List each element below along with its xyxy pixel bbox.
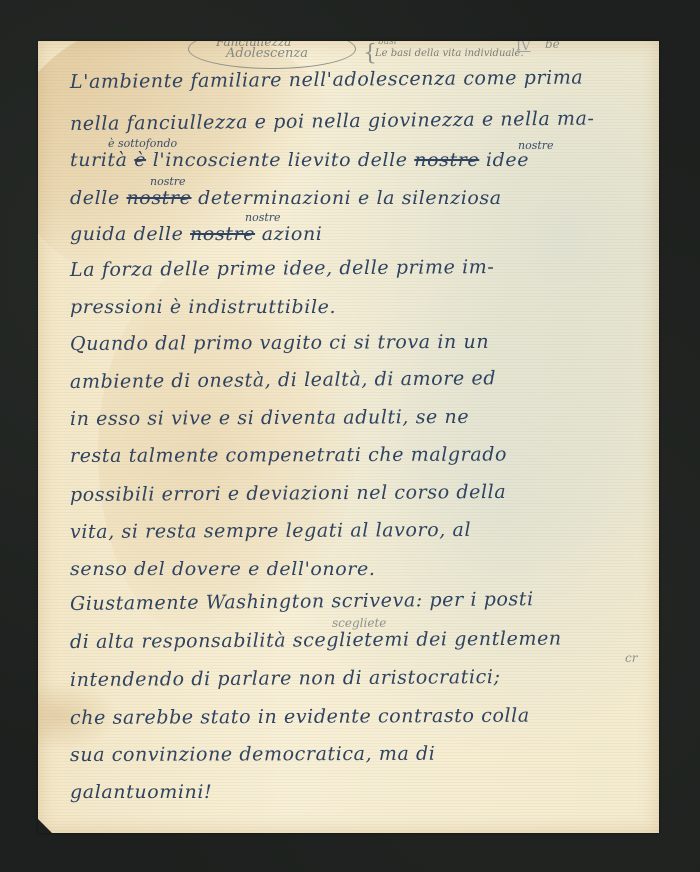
inserted-word: nostre bbox=[245, 211, 281, 224]
text-fragment: dei gentlemen bbox=[410, 628, 562, 651]
text-line: turità è l'incosciente lievito delle nos… bbox=[70, 149, 529, 171]
text-fragment: turità bbox=[70, 149, 134, 171]
text-line: che sarebbe stato in evidente contrasto … bbox=[70, 705, 530, 729]
text-line: in esso si vive e si diventa adulti, se … bbox=[70, 406, 469, 430]
text-line: intendendo di parlare non di aristocrati… bbox=[70, 666, 501, 691]
manuscript-page: Fanciullezza Adolescenza { basi Le basi … bbox=[38, 41, 659, 833]
text-line: galantuomini! bbox=[70, 781, 212, 803]
text-line: ambiente di onestà, di lealtà, di amore … bbox=[70, 367, 496, 393]
text-line: nella fanciullezza e poi nella giovinezz… bbox=[70, 108, 595, 135]
inserted-word: è sottofondo bbox=[108, 137, 177, 150]
text-line: L'ambiente familiare nell'adolescenza co… bbox=[70, 67, 584, 93]
text-line: sua convinzione democratica, ma di bbox=[70, 743, 436, 766]
corrected-word: sceglietemi bbox=[293, 629, 410, 652]
insert-basi: basi bbox=[378, 41, 397, 47]
text-fragment: determinazioni e la silenziosa bbox=[191, 187, 501, 209]
text-line: pressioni è indistruttibile. bbox=[70, 296, 336, 318]
section-subtitle: Le basi della vita individuale. bbox=[375, 48, 524, 59]
inserted-word: nostre bbox=[518, 139, 554, 152]
oval-label-bottom: Adolescenza bbox=[226, 46, 308, 61]
pencil-insert: cr bbox=[625, 651, 637, 665]
roman-numeral: IV bbox=[516, 41, 531, 54]
text-line: guida delle nostre azioni bbox=[70, 223, 322, 245]
text-line: senso del dovere e dell'onore. bbox=[70, 558, 375, 580]
text-fragment: idee bbox=[479, 149, 529, 171]
text-line: Giustamente Washington scriveva: per i p… bbox=[70, 588, 534, 615]
text-line: di alta responsabilità sceglietemi dei g… bbox=[70, 628, 562, 653]
text-line: delle nostre determinazioni e la silenzi… bbox=[70, 187, 502, 209]
text-fragment: delle bbox=[70, 187, 126, 209]
text-fragment: di alta responsabilità bbox=[70, 629, 293, 653]
pencil-insert: scegliete bbox=[332, 616, 386, 630]
struck-word: nostre bbox=[414, 149, 479, 171]
margin-mark: be bbox=[545, 41, 560, 51]
struck-word: nostre bbox=[126, 187, 191, 209]
text-fragment: l'incosciente lievito delle bbox=[146, 149, 414, 171]
struck-word: nostre bbox=[190, 223, 255, 245]
text-fragment: guida delle bbox=[70, 223, 190, 245]
text-line: possibili errori e deviazioni nel corso … bbox=[70, 481, 506, 506]
text-line: Quando dal primo vagito ci si trova in u… bbox=[70, 331, 489, 355]
text-line: resta talmente compenetrati che malgrado bbox=[70, 443, 507, 467]
text-line: La forza delle prime idee, delle prime i… bbox=[70, 256, 495, 281]
text-fragment: azioni bbox=[255, 223, 322, 245]
struck-word: è bbox=[134, 149, 146, 171]
text-line: vita, si resta sempre legati al lavoro, … bbox=[70, 519, 471, 543]
inserted-word: nostre bbox=[150, 175, 186, 188]
